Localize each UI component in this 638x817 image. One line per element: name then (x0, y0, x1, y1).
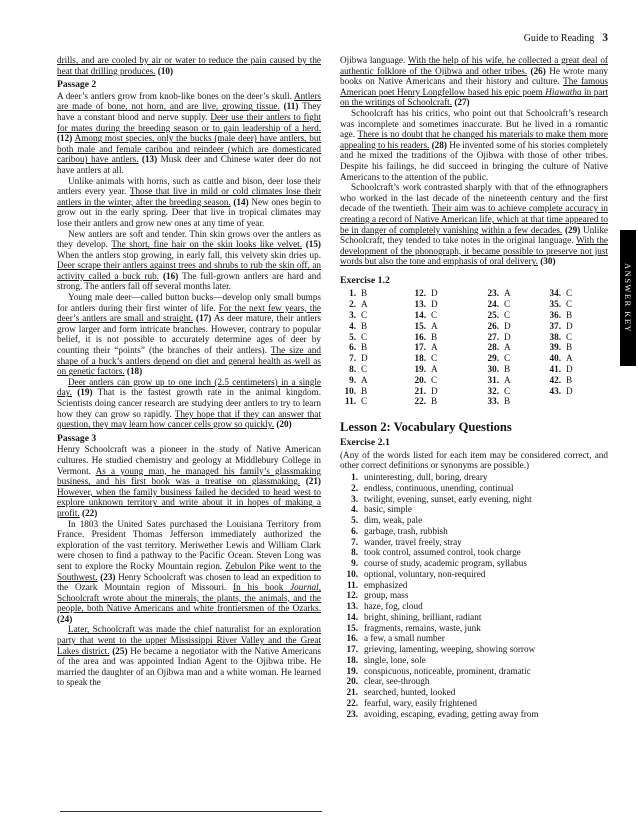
answer-letter: C (566, 288, 572, 298)
item-words: group, mass (364, 590, 608, 601)
question-number: 18. (410, 353, 426, 364)
answer-letter: B (504, 364, 510, 374)
answer-item: 8.C (340, 364, 410, 375)
vocab-item: 19.conspicuous, noticeable, prominent, d… (340, 666, 608, 677)
question-number: 35. (545, 299, 561, 310)
answer-item: 24.C (483, 299, 545, 310)
answer-item: 14.C (410, 310, 483, 321)
answer-item: 3.C (340, 310, 410, 321)
item-number: 11. (340, 580, 358, 591)
answer-column: 1.B2.A3.C4.B5.C6.B7.D8.C9.A10.B11.C (340, 288, 410, 407)
item-number: 7. (340, 537, 358, 548)
answer-letter: A (431, 342, 438, 352)
answer-item: 31.A (483, 375, 545, 386)
vocab-item: 20.clear, see-through (340, 676, 608, 687)
vocab-item: 17.grieving, lamenting, weeping, showing… (340, 644, 608, 655)
question-number: 31. (483, 375, 499, 386)
answer-item: 4.B (340, 321, 410, 332)
left-column: drills, and are cooled by air or water t… (57, 55, 321, 688)
answer-item: 9.A (340, 375, 410, 386)
vocab-item: 14.bright, shining, brilliant, radiant (340, 612, 608, 623)
answer-item: 28.A (483, 342, 545, 353)
question-number: 15. (410, 321, 426, 332)
item-words: course of study, academic program, sylla… (364, 558, 608, 569)
answer-item: 2.A (340, 299, 410, 310)
item-number: 19. (340, 666, 358, 677)
question-number: 4. (340, 321, 356, 332)
item-number: 20. (340, 676, 358, 687)
running-head: Guide to Reading (524, 33, 595, 44)
answer-item: 5.C (340, 332, 410, 343)
item-words: basic, simple (364, 504, 608, 515)
question-number: 32. (483, 386, 499, 397)
answer-letter: B (361, 342, 367, 352)
vocab-item: 9.course of study, academic program, syl… (340, 558, 608, 569)
vocab-item: 10.optional, voluntary, non-required (340, 569, 608, 580)
question-number: 6. (340, 342, 356, 353)
question-number: 41. (545, 364, 561, 375)
page-edge-line (60, 811, 322, 812)
answer-item: 33.B (483, 396, 545, 407)
paragraph: Schoolcraft has his critics, who point o… (340, 108, 608, 182)
lesson-2-heading: Lesson 2: Vocabulary Questions (340, 420, 608, 434)
answer-letter: C (566, 299, 572, 309)
vocab-item: 6.garbage, trash, rubbish (340, 526, 608, 537)
answer-letter: C (361, 396, 367, 406)
answer-letter: A (566, 353, 573, 363)
item-number: 9. (340, 558, 358, 569)
vocab-answer-list: 1.uninteresting, dull, boring, dreary2.e… (340, 472, 608, 719)
answer-item: 36.B (545, 310, 573, 321)
answer-letter: A (431, 321, 438, 331)
answer-letter: C (504, 353, 510, 363)
answer-letter: D (431, 299, 438, 309)
question-number: 29. (483, 353, 499, 364)
question-number: 8. (340, 364, 356, 375)
item-number: 4. (340, 504, 358, 515)
answer-item: 40.A (545, 353, 573, 364)
item-number: 22. (340, 698, 358, 709)
vocab-item: 16.a few, a small number (340, 633, 608, 644)
item-number: 3. (340, 494, 358, 505)
paragraph: Deer antlers can grow up to one inch (2.… (57, 377, 321, 430)
question-number: 7. (340, 353, 356, 364)
answer-item: 34.C (545, 288, 573, 299)
answer-item: 26.D (483, 321, 545, 332)
item-number: 23. (340, 709, 358, 720)
item-number: 10. (340, 569, 358, 580)
answer-letter: C (361, 332, 367, 342)
item-number: 6. (340, 526, 358, 537)
answer-column: 34.C35.C36.B37.D38.C39.B40.A41.D42.B43.D (545, 288, 573, 407)
vocab-item: 5.dim, weak, pale (340, 515, 608, 526)
answer-item: 20.C (410, 375, 483, 386)
answer-letter: D (504, 332, 511, 342)
item-number: 18. (340, 655, 358, 666)
question-number: 21. (410, 386, 426, 397)
exercise-1-2-heading: Exercise 1.2 (340, 276, 608, 287)
vocab-item: 4.basic, simple (340, 504, 608, 515)
answer-item: 23.A (483, 288, 545, 299)
question-number: 17. (410, 342, 426, 353)
vocab-item: 18.single, lone, sole (340, 655, 608, 666)
item-words: grieving, lamenting, weeping, showing so… (364, 644, 608, 655)
question-number: 3. (340, 310, 356, 321)
answer-letter: A (361, 375, 368, 385)
answer-letter: B (361, 288, 367, 298)
answer-item: 35.C (545, 299, 573, 310)
question-number: 10. (340, 386, 356, 397)
answer-item: 30.B (483, 364, 545, 375)
answer-item: 17.A (410, 342, 483, 353)
answer-item: 29.C (483, 353, 545, 364)
answer-letter: B (566, 342, 572, 352)
answer-item: 13.D (410, 299, 483, 310)
answer-letter: B (431, 396, 437, 406)
question-number: 34. (545, 288, 561, 299)
answer-letter: B (566, 375, 572, 385)
passage-2-heading: Passage 2 (57, 80, 321, 91)
item-words: twilight, evening, sunset, early evening… (364, 494, 608, 505)
item-words: endless, continuous, unending, continual (364, 483, 608, 494)
answer-letter: B (361, 321, 367, 331)
exercise-2-1-note: (Any of the words listed for each item m… (340, 450, 608, 471)
answer-item: 16.B (410, 332, 483, 343)
item-number: 2. (340, 483, 358, 494)
answer-letter: B (504, 396, 510, 406)
answer-letter: A (504, 342, 511, 352)
paragraph: Schoolcraft’s work contrasted sharply wi… (340, 182, 608, 267)
question-number: 13. (410, 299, 426, 310)
vocab-item: 12.group, mass (340, 590, 608, 601)
answer-letter: D (431, 288, 438, 298)
answer-letter: D (361, 353, 368, 363)
item-number: 1. (340, 472, 358, 483)
vocab-item: 15.fragments, remains, waste, junk (340, 623, 608, 634)
item-words: uninteresting, dull, boring, dreary (364, 472, 608, 483)
answer-item: 10.B (340, 386, 410, 397)
item-words: haze, fog, cloud (364, 601, 608, 612)
answer-letter: D (566, 321, 573, 331)
vocab-item: 22.fearful, wary, easily frightened (340, 698, 608, 709)
question-number: 28. (483, 342, 499, 353)
item-words: single, lone, sole (364, 655, 608, 666)
question-number: 42. (545, 375, 561, 386)
question-number: 16. (410, 332, 426, 343)
item-words: optional, voluntary, non-required (364, 569, 608, 580)
question-number: 20. (410, 375, 426, 386)
answer-letter: B (431, 332, 437, 342)
answer-letter: C (361, 364, 367, 374)
item-number: 17. (340, 644, 358, 655)
answer-item: 6.B (340, 342, 410, 353)
vocab-item: 7.wander, travel freely, stray (340, 537, 608, 548)
answer-item: 21.D (410, 386, 483, 397)
page-number: 3 (602, 32, 608, 44)
question-number: 19. (410, 364, 426, 375)
answer-letter: D (566, 386, 573, 396)
question-number: 11. (340, 396, 356, 407)
question-number: 40. (545, 353, 561, 364)
right-column: Ojibwa language. With the help of his wi… (340, 55, 608, 719)
question-number: 37. (545, 321, 561, 332)
answer-key-tab: ANSWER KEY (620, 230, 636, 366)
answer-item: 41.D (545, 364, 573, 375)
book-page: Guide to Reading3 drills, and are cooled… (0, 0, 638, 817)
answer-column: 23.A24.C25.C26.D27.D28.A29.C30.B31.A32.C… (483, 288, 545, 407)
answer-letter: D (504, 321, 511, 331)
answer-item: 32.C (483, 386, 545, 397)
vocab-item: 23.avoiding, escaping, evading, getting … (340, 709, 608, 720)
item-words: bright, shining, brilliant, radiant (364, 612, 608, 623)
paragraph: Young male deer—called button bucks—deve… (57, 292, 321, 377)
answer-item: 39.B (545, 342, 573, 353)
answer-letter: D (431, 386, 438, 396)
item-number: 16. (340, 633, 358, 644)
answer-letter: C (361, 310, 367, 320)
answer-item: 11.C (340, 396, 410, 407)
answer-item: 27.D (483, 332, 545, 343)
answer-column: 12.D13.D14.C15.A16.B17.A18.C19.A20.C21.D… (410, 288, 483, 407)
item-number: 5. (340, 515, 358, 526)
item-number: 8. (340, 547, 358, 558)
item-number: 14. (340, 612, 358, 623)
item-words: took control, assumed control, took char… (364, 547, 608, 558)
answer-letter: B (361, 386, 367, 396)
item-words: garbage, trash, rubbish (364, 526, 608, 537)
item-number: 12. (340, 590, 358, 601)
answer-letter: C (431, 353, 437, 363)
paragraph-continued: drills, and are cooled by air or water t… (57, 55, 321, 76)
vocab-item: 13.haze, fog, cloud (340, 601, 608, 612)
item-words: emphasized (364, 580, 608, 591)
paragraph: A deer’s antlers grow from knob-like bon… (57, 91, 321, 176)
answer-letter: C (566, 332, 572, 342)
answer-grid: 1.B2.A3.C4.B5.C6.B7.D8.C9.A10.B11.C12.D1… (340, 288, 608, 407)
page-header: Guide to Reading3 (524, 32, 608, 44)
answer-letter: C (504, 299, 510, 309)
paragraph: Henry Schoolcraft was a pioneer in the s… (57, 444, 321, 518)
vocab-item: 1.uninteresting, dull, boring, dreary (340, 472, 608, 483)
answer-letter: B (566, 310, 572, 320)
vocab-item: 2.endless, continuous, unending, continu… (340, 483, 608, 494)
vocab-item: 11.emphasized (340, 580, 608, 591)
question-number: 36. (545, 310, 561, 321)
item-number: 21. (340, 687, 358, 698)
item-number: 15. (340, 623, 358, 634)
item-words: avoiding, escaping, evading, getting awa… (364, 709, 608, 720)
answer-item: 22.B (410, 396, 483, 407)
vocab-item: 3.twilight, evening, sunset, early eveni… (340, 494, 608, 505)
answer-item: 1.B (340, 288, 410, 299)
paragraph: Later, Schoolcraft was made the chief na… (57, 624, 321, 688)
paragraph-continued: Ojibwa language. With the help of his wi… (340, 55, 608, 108)
question-number: 5. (340, 332, 356, 343)
answer-item: 43.D (545, 386, 573, 397)
answer-letter: C (504, 386, 510, 396)
passage-3-heading: Passage 3 (57, 434, 321, 445)
item-number: 13. (340, 601, 358, 612)
paragraph: Unlike animals with horns, such as cattl… (57, 176, 321, 229)
answer-item: 19.A (410, 364, 483, 375)
item-words: wander, travel freely, stray (364, 537, 608, 548)
answer-letter: A (504, 375, 511, 385)
answer-item: 37.D (545, 321, 573, 332)
answer-item: 18.C (410, 353, 483, 364)
item-words: dim, weak, pale (364, 515, 608, 526)
question-number: 30. (483, 364, 499, 375)
answer-letter: C (504, 310, 510, 320)
answer-letter: C (431, 310, 437, 320)
paragraph: New antlers are soft and tender. Thin sk… (57, 229, 321, 293)
answer-item: 38.C (545, 332, 573, 343)
answer-letter: A (431, 364, 438, 374)
item-words: searched, hunted, looked (364, 687, 608, 698)
answer-letter: D (566, 364, 573, 374)
question-number: 43. (545, 386, 561, 397)
vocab-item: 21.searched, hunted, looked (340, 687, 608, 698)
item-words: fearful, wary, easily frightened (364, 698, 608, 709)
answer-item: 42.B (545, 375, 573, 386)
answer-letter: A (504, 288, 511, 298)
question-number: 23. (483, 288, 499, 299)
answer-item: 12.D (410, 288, 483, 299)
item-words: a few, a small number (364, 633, 608, 644)
item-words: conspicuous, noticeable, prominent, dram… (364, 666, 608, 677)
answer-letter: A (361, 299, 368, 309)
question-number: 25. (483, 310, 499, 321)
question-number: 9. (340, 375, 356, 386)
answer-item: 25.C (483, 310, 545, 321)
question-number: 2. (340, 299, 356, 310)
exercise-2-1-heading: Exercise 2.1 (340, 438, 608, 449)
vocab-item: 8.took control, assumed control, took ch… (340, 547, 608, 558)
question-number: 38. (545, 332, 561, 343)
question-number: 12. (410, 288, 426, 299)
question-number: 33. (483, 396, 499, 407)
question-number: 14. (410, 310, 426, 321)
question-number: 1. (340, 288, 356, 299)
question-number: 24. (483, 299, 499, 310)
question-number: 27. (483, 332, 499, 343)
question-number: 26. (483, 321, 499, 332)
paragraph: In 1803 the United Sates purchased the L… (57, 519, 321, 625)
answer-item: 7.D (340, 353, 410, 364)
item-words: clear, see-through (364, 676, 608, 687)
question-number: 22. (410, 396, 426, 407)
answer-item: 15.A (410, 321, 483, 332)
item-words: fragments, remains, waste, junk (364, 623, 608, 634)
question-number: 39. (545, 342, 561, 353)
answer-letter: C (431, 375, 437, 385)
